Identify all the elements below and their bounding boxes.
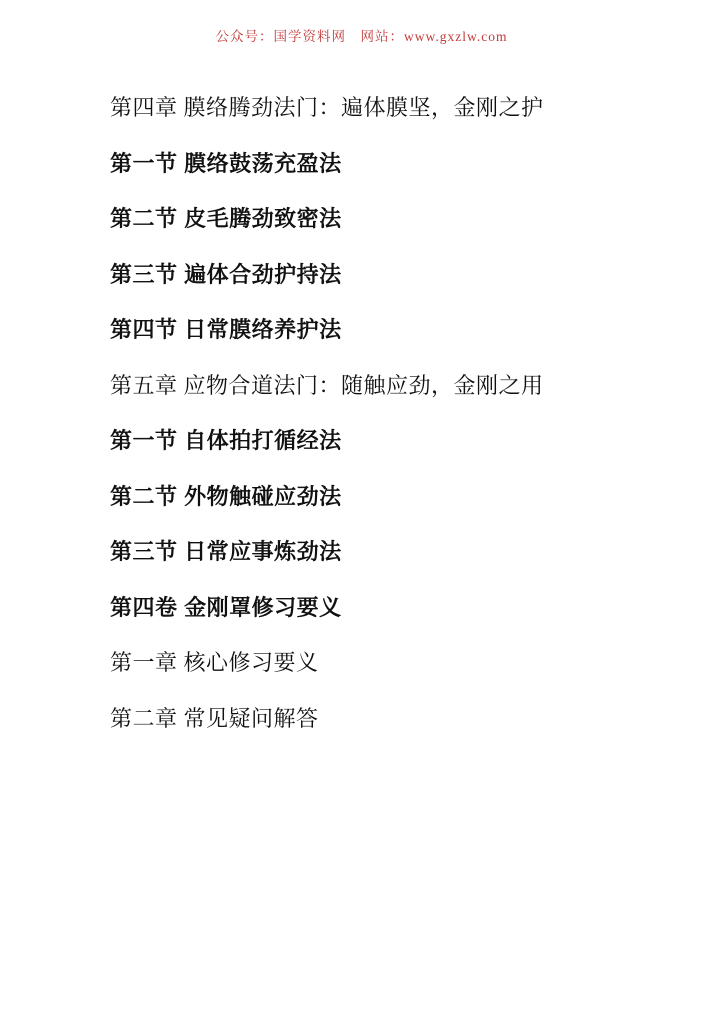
toc-entry-chapter-5: 第五章 应物合道法门：随触应劲，金刚之用 xyxy=(110,372,663,428)
toc-entry-chapter-2: 第二章 常见疑问解答 xyxy=(110,705,663,761)
toc-entry-chapter-4: 第四章 膜络腾劲法门：遍体膜坚，金刚之护 xyxy=(110,94,663,150)
toc-entry-section-4: 第四节 日常膜络养护法 xyxy=(110,316,663,372)
document-page: 公众号：国学资料网 网站：www.gxzlw.com 第四章 膜络腾劲法门：遍体… xyxy=(0,0,723,1024)
table-of-contents: 第四章 膜络腾劲法门：遍体膜坚，金刚之护 第一节 膜络鼓荡充盈法 第二节 皮毛腾… xyxy=(110,94,663,760)
toc-entry-section-2: 第二节 皮毛腾劲致密法 xyxy=(110,205,663,261)
toc-entry-section-7: 第三节 日常应事炼劲法 xyxy=(110,538,663,594)
toc-entry-section-5: 第一节 自体拍打循经法 xyxy=(110,427,663,483)
toc-entry-chapter-1: 第一章 核心修习要义 xyxy=(110,649,663,705)
toc-entry-volume-4: 第四卷 金刚罩修习要义 xyxy=(110,594,663,650)
watermark-header: 公众号：国学资料网 网站：www.gxzlw.com xyxy=(0,25,723,46)
toc-entry-section-3: 第三节 遍体合劲护持法 xyxy=(110,261,663,317)
toc-entry-section-6: 第二节 外物触碰应劲法 xyxy=(110,483,663,539)
watermark-header-text: 公众号：国学资料网 网站：www.gxzlw.com xyxy=(216,29,508,44)
toc-entry-section-1: 第一节 膜络鼓荡充盈法 xyxy=(110,150,663,206)
